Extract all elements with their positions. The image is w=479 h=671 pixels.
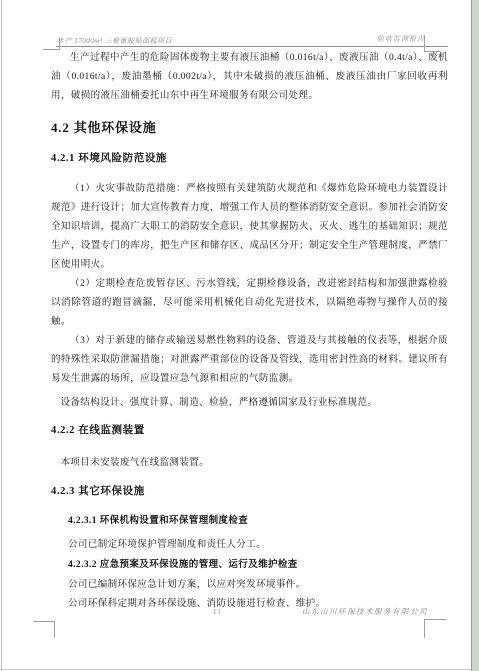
document-page: 年产 17000m³ 三聚氰胺贴面板项目 验收监测报告 生产过程中产生的危险固体…: [0, 0, 479, 671]
document-body: 生产过程中产生的危险固体废物主要有液压油桶（0.016t/a）、废液压油（0.4…: [51, 49, 448, 614]
section-4-2-1-paragraph-3: （3）对于新建的储存或输送易燃性物料的设备、管道及与其接触的仪表等，根据介质的特…: [51, 332, 448, 389]
crop-mark-bottom-right: [424, 619, 446, 638]
header-project-title: 年产 17000m³ 三聚氰胺贴面板项目: [57, 36, 172, 46]
section-4-2-1-title: 4.2.1 环境风险防范设施: [51, 152, 448, 166]
section-4-2-3-2-title: 4.2.3.2 应急预案及环保设施的管理、运行及维护检查: [68, 558, 448, 572]
section-4-2-3-title: 4.2.3 其它环保设施: [51, 485, 448, 499]
section-4-2-3-1-paragraph: 公司已制定环境保护管理制度和责任人分工。: [68, 536, 448, 555]
section-4-2-1-paragraph-2: （2）定期检查危废暂存区、污水管线，定期检修设备，改进密封结构和加强泄露检验以消…: [51, 275, 448, 332]
section-4-2-1-paragraph-1: （1）火灾事故防范措施：严格按照有关建筑防火规范和《爆炸危险环境电力装置设计规范…: [51, 180, 448, 275]
section-4-2-2-paragraph: 本项目未安装废气在线监测装置。: [51, 454, 448, 473]
page-left-edge: [1, 0, 2, 671]
crop-mark-bottom-left: [33, 621, 55, 638]
page-bottom-edge: [0, 669, 471, 670]
section-4-2-1-paragraph-4: 设备结构设计、强度计算、制造、检验，严格遵循国家及行业标准规范。: [51, 394, 448, 413]
footer-page-number: 11: [213, 608, 222, 616]
page-right-edge-strip: [471, 0, 479, 671]
section-4-2-title: 4.2 其他环保设施: [51, 120, 448, 136]
section-4-2-3-2-paragraph-1: 公司已编制环保应急计划方案，以应对突发环境事件。: [68, 576, 448, 595]
section-4-2-3-1-title: 4.2.3.1 环保机构设置和环保管理制度检查: [68, 514, 448, 528]
footer-company-name: 山东山川环保技术服务有限公司: [302, 606, 428, 617]
header-report-title: 验收监测报告: [377, 34, 425, 44]
intro-paragraph: 生产过程中产生的危险固体废物主要有液压油桶（0.016t/a）、废液压油（0.4…: [51, 49, 448, 106]
header-rule: [56, 46, 448, 47]
section-4-2-2-title: 4.2.2 在线监测装置: [51, 424, 448, 438]
section-4-2-3-subsections: 4.2.3.1 环保机构设置和环保管理制度检查 公司已制定环境保护管理制度和责任…: [68, 514, 448, 614]
